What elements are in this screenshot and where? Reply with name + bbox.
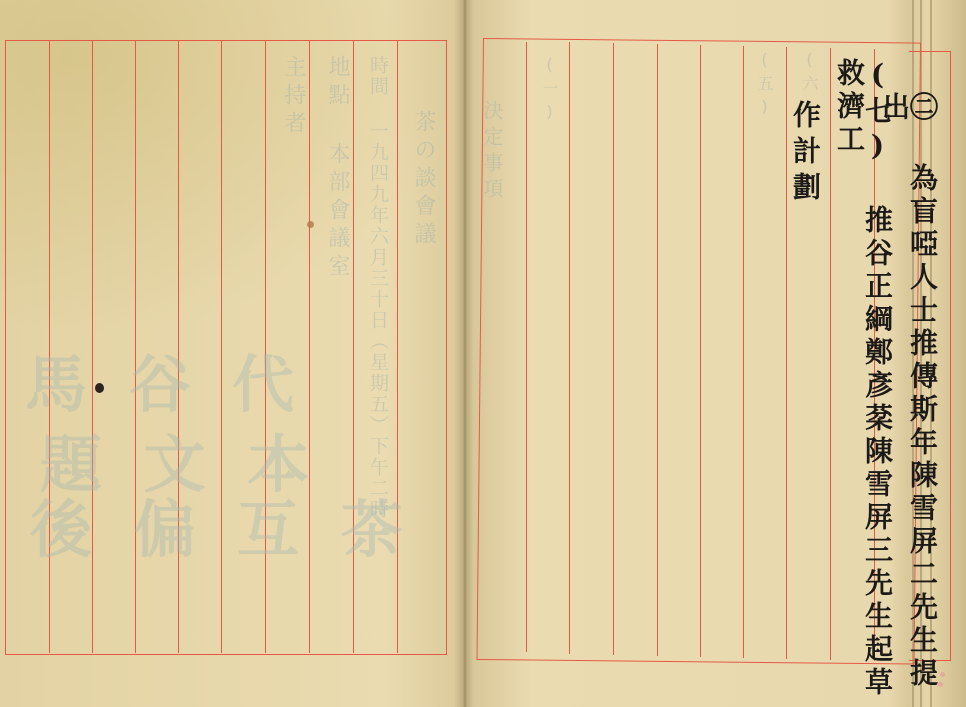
bleed-through-text: 主持者 [278,55,309,139]
left-page: 茶の談會議 時間 一九四九年六月三十日（星期五）下午二時 地點 本部會議室 主持… [0,0,466,707]
bleed-through-text: 決定事項 [478,100,507,204]
bleed-through-text: 地點 本部會議室 [322,55,353,282]
right-page: 決定事項 (一) (五) (六) ㊁ 為盲啞人士推傳斯年陳雪屏二先生提出 (七)… [468,0,966,707]
column-rule [657,44,658,656]
column-rule [786,47,787,659]
column-rule [830,48,831,660]
bleed-through-heading: 後 偏 互 茶 [30,480,413,569]
bleed-through-text: (五) [753,50,776,122]
manuscript-column-2: (七) 推谷正綱鄭彥棻陳雪屏三先生起草救濟工 [835,58,891,707]
column-rule [743,46,744,658]
column-rule [569,42,570,654]
column-rule [526,42,527,652]
paper-mark [938,682,943,687]
bleed-through-heading: 馬 谷 代 [25,335,304,424]
column-rule [700,45,701,657]
paper-stain [307,221,314,228]
ink-blot [95,383,104,393]
column-rule [613,43,614,655]
paper-mark [940,672,945,677]
bleed-through-text: (一) [538,55,561,127]
bleed-through-text: 茶の談會議 [408,110,439,250]
manuscript-column-3: 作計劃 [791,100,819,208]
bleed-through-text: 時間 一九四九年六月三十日（星期五）下午二時 [365,55,392,520]
